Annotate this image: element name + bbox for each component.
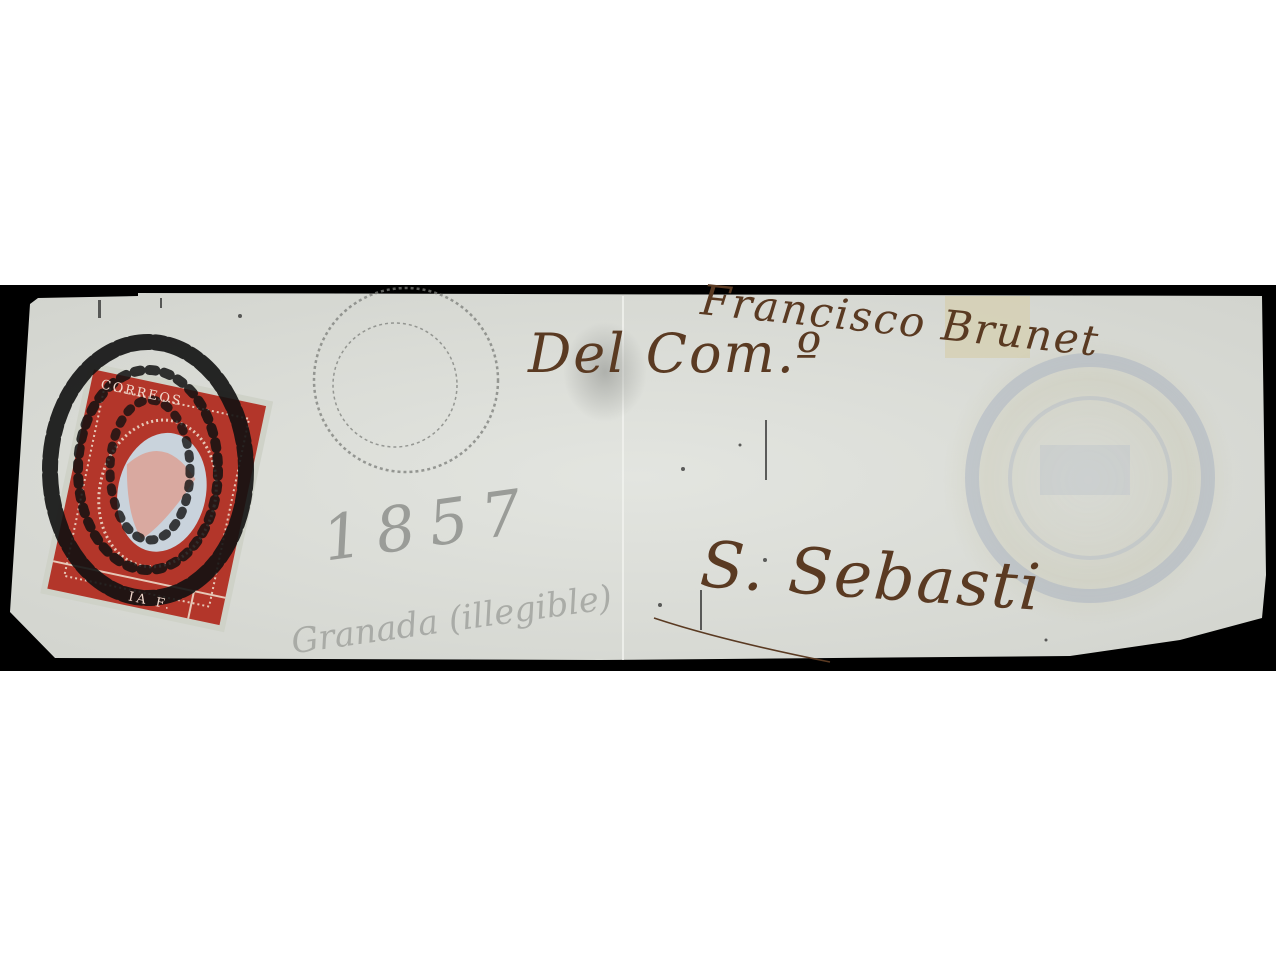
address-underline <box>0 0 1276 956</box>
stage: CORREOS IA F. 1857 Granada (illegible) F… <box>0 0 1276 956</box>
